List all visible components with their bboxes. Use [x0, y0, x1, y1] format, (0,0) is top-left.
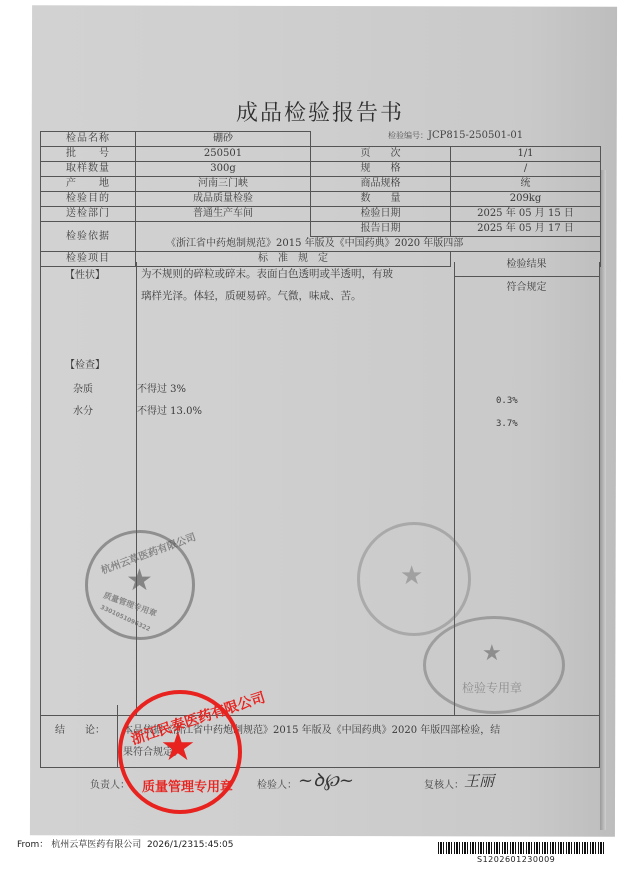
- inspector-signature: ~ꝺ℘~: [298, 768, 354, 792]
- inspector-label: 检验人：: [257, 776, 297, 791]
- divider: [136, 262, 137, 715]
- label-dept: 送检部门: [41, 207, 136, 222]
- appearance-result: 符合规定: [454, 278, 599, 293]
- value-page: 1/1: [451, 147, 601, 162]
- table-row: 检验依据 报告日期 2025 年 05 月 17 日: [41, 222, 601, 237]
- value-report-date: 2025 年 05 月 17 日: [451, 222, 601, 237]
- table-row: 取样数量 300g 规 格 /: [41, 162, 601, 177]
- from-timestamp: 2026/1/2315:45:05: [147, 840, 234, 850]
- conclusion-label: 结 论：: [55, 721, 105, 736]
- inspection-item-standard: 不得过 3%: [137, 380, 186, 395]
- value-dept: 普通生产车间: [136, 207, 311, 222]
- label-commercial-spec: 商品规格: [311, 177, 451, 192]
- section-appearance-title: 【性状】: [65, 266, 105, 281]
- value-product-name: 硼砂: [136, 132, 311, 147]
- divider: [454, 276, 599, 277]
- star-icon: ★: [160, 724, 196, 770]
- value-spec: /: [451, 162, 601, 177]
- table-row: 批 号 250501 页 次 1/1: [41, 147, 601, 162]
- star-icon: ★: [400, 561, 423, 591]
- faint-seal-stamp: ★: [357, 522, 471, 636]
- label-purpose: 检验目的: [41, 192, 136, 207]
- inspection-seal-stamp: ★ 检验专用章: [423, 616, 565, 714]
- barcode: [438, 842, 606, 854]
- label-test-date: 检验日期: [311, 207, 451, 222]
- header-table: 检品名称 硼砂 批 号 250501 页 次 1/1 取样数量 300g 规 格…: [40, 131, 601, 267]
- star-icon: ★: [126, 563, 153, 598]
- inspection-seal-text: 检验专用章: [462, 679, 522, 696]
- quality-seal-stamp: 浙江民泰医药有限公司 ★ 质量管理专用章: [118, 690, 242, 814]
- inspection-item-name: 水分: [73, 402, 93, 417]
- value-quantity: 209kg: [451, 192, 601, 207]
- appearance-standard-line2: 璃样光泽。体轻，质硬易碎。气微，味咸、苦。: [141, 288, 362, 303]
- label-report-date: 报告日期: [311, 222, 451, 237]
- company-seal-stamp: 杭州云草医药有限公司 ★ 质量管理专用章 3301051096322: [85, 530, 195, 640]
- from-company: 杭州云草医药有限公司: [51, 840, 141, 850]
- inspection-item-result: 0.3%: [496, 396, 518, 406]
- label-origin: 产 地: [41, 177, 136, 192]
- reviewer-signature: 王丽: [464, 770, 494, 791]
- label-spec: 规 格: [311, 162, 451, 177]
- reviewer-label: 复核人：: [424, 776, 464, 791]
- value-purpose: 成品质量检验: [136, 192, 311, 207]
- fax-footer: From： 杭州云草医药有限公司 2026/1/2315:45:05: [17, 837, 234, 850]
- paper-edge-shadow: [600, 170, 606, 830]
- label-quantity: 数 量: [311, 192, 451, 207]
- table-row: 产 地 河南三门峡 商品规格 统: [41, 177, 601, 192]
- value-test-date: 2025 年 05 月 15 日: [451, 207, 601, 222]
- label-sample-qty: 取样数量: [41, 162, 136, 177]
- value-sample-qty: 300g: [136, 162, 311, 177]
- star-icon: ★: [482, 641, 502, 666]
- header-result: 检验结果: [454, 255, 599, 270]
- label-batch-no: 批 号: [41, 147, 136, 162]
- value-commercial-spec: 统: [451, 177, 601, 192]
- table-row: 送检部门 普通生产车间 检验日期 2025 年 05 月 15 日: [41, 207, 601, 222]
- inspection-item-name: 杂质: [73, 380, 93, 395]
- from-label: From：: [17, 840, 48, 850]
- inspection-item-result: 3.7%: [496, 419, 518, 429]
- red-seal-inner-text: 质量管理专用章: [142, 776, 233, 795]
- section-inspection-title: 【检查】: [65, 356, 105, 371]
- dept-spacer: [136, 222, 311, 237]
- value-origin: 河南三门峡: [136, 177, 311, 192]
- document-title: 成品检验报告书: [0, 96, 640, 127]
- label-basis: 检验依据: [41, 222, 136, 252]
- report-no-spacer: [311, 132, 601, 147]
- barcode-number: S1202601230009: [477, 855, 555, 864]
- table-row: 检验目的 成品质量检验 数 量 209kg: [41, 192, 601, 207]
- table-row: 检品名称 硼砂: [41, 132, 601, 147]
- value-batch-no: 250501: [136, 147, 311, 162]
- label-page: 页 次: [311, 147, 451, 162]
- inspection-item-standard: 不得过 13.0%: [137, 402, 202, 417]
- appearance-standard-line1: 为不规则的碎粒或碎末。表面白色透明或半透明，有玻: [141, 266, 393, 281]
- value-basis: 《浙江省中药炮制规范》2015 年版及《中国药典》2020 年版四部: [136, 237, 601, 252]
- label-product-name: 检品名称: [41, 132, 136, 147]
